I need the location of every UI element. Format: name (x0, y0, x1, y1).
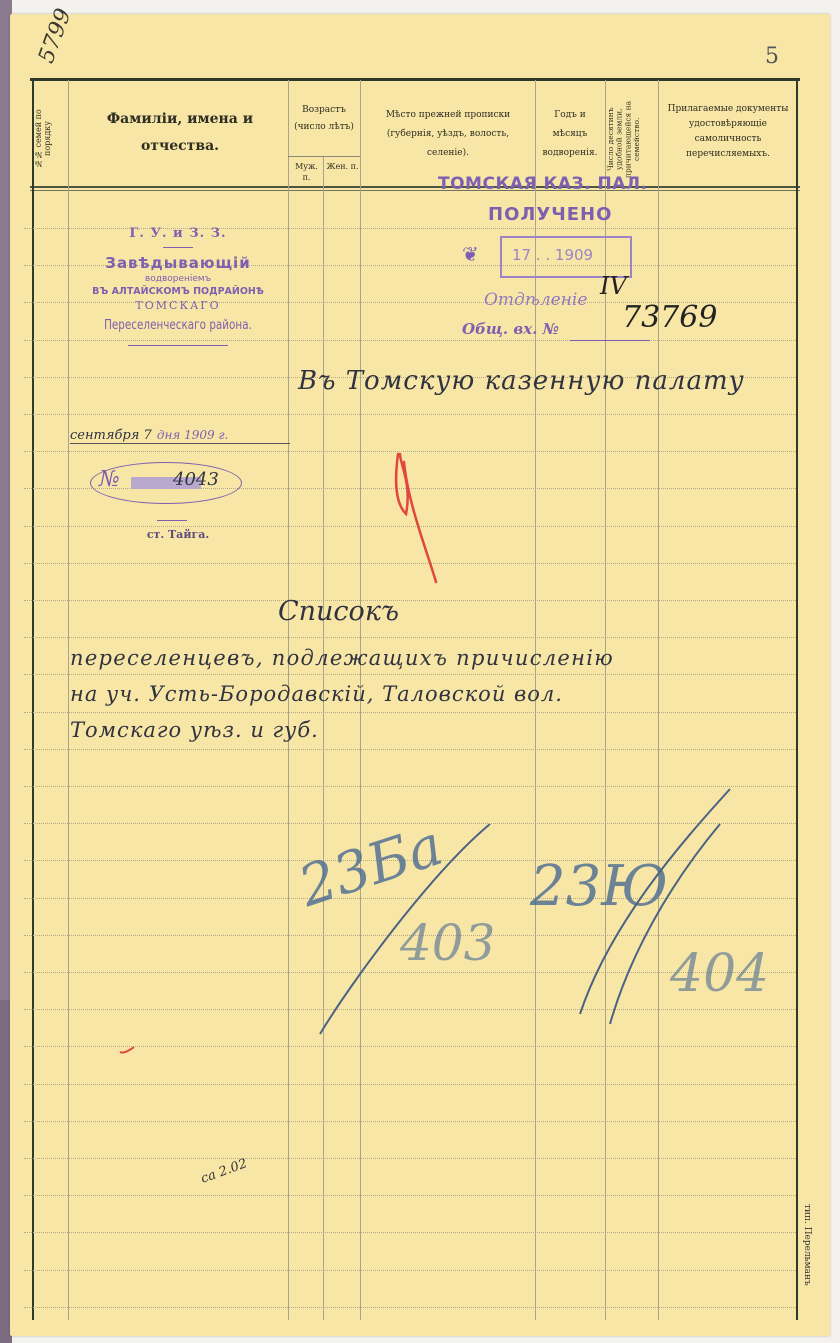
stamp-date-handwritten: сентября 7 (70, 428, 152, 443)
header-bottom-rule (30, 186, 800, 188)
stamp-date: сентября 7 дня 1909 г. (70, 424, 290, 444)
stamp-line-district: Переселенческаго района. (92, 318, 265, 333)
corner-file-mark: 5799 (34, 5, 77, 66)
received-date: 17 . . 1909 (512, 246, 593, 264)
page-number: 5 (765, 44, 779, 69)
header-prev-residence: Мѣсто прежней прописки (губернія, уѣздъ,… (368, 106, 528, 163)
received-department-label: Отдѣленіе (484, 290, 587, 310)
stamp-number-value: 4043 (173, 469, 219, 490)
received-stamp-org: ТОМСКАЯ КАЗ. ПАЛ. (438, 174, 647, 194)
row-guide-line (24, 1121, 796, 1122)
document-title: Списокъ (278, 596, 399, 627)
red-tick-mark (118, 1044, 138, 1056)
row-guide-line (24, 414, 796, 415)
header-age-female: Жен. п. (325, 162, 360, 173)
addressee-line: Въ Томскую казенную палату (298, 366, 745, 396)
row-guide-line (24, 1158, 796, 1159)
row-guide-line (24, 1307, 796, 1308)
ornament-icon: ❦ (462, 242, 479, 266)
header-age-male: Муж. п. (290, 162, 323, 184)
row-guide-line (24, 1084, 796, 1085)
stamp-line-head: Завѣдывающій (70, 254, 286, 272)
strike-left (310, 814, 510, 1044)
red-pencil-mark (378, 444, 448, 594)
received-incoming-label: Общ. вх. № (462, 320, 559, 338)
row-guide-line (24, 1046, 796, 1047)
row-guide-line (24, 749, 796, 750)
row-guide-line (24, 1270, 796, 1271)
header-year-month: Годъ и мѣсяцъ водворенія. (540, 106, 600, 163)
stamp-number-prefix: № (99, 467, 120, 492)
body-line-3: Томскаго уѣз. и губ. (70, 718, 319, 742)
bottom-pencil-note: са 2.02 (199, 1156, 249, 1187)
received-stamp-label: ПОЛУЧЕНО (488, 204, 612, 225)
row-guide-line (24, 1232, 796, 1233)
body-line-1: переселенцевъ, подлежащихъ причисленію (70, 646, 614, 670)
printer-mark: тип. Перельманъ (802, 1204, 812, 1286)
row-guide-line (24, 674, 796, 675)
document-page: 5 №№ семей по порядку Фамиліи, имена и о… (10, 14, 830, 1336)
received-department-value: IV (600, 272, 627, 300)
stamp-number-oval: № 4043 (90, 462, 242, 504)
header-documents: Прилагаемые документы удостовѣряющіе сам… (666, 102, 790, 161)
stamp-line-settlement: водвореніемъ (70, 274, 286, 284)
row-guide-line (24, 712, 796, 713)
body-line-2: на уч. Усть-Бородавскій, Таловской вол. (70, 682, 563, 706)
header-family-number: №№ семей по порядку (34, 94, 66, 184)
stamp-line-gu: Г. У. и З. З. (70, 226, 286, 241)
row-guide-line (24, 637, 796, 638)
header-age: Возрастъ (число лѣтъ) (290, 102, 358, 136)
row-guide-line (24, 600, 796, 601)
sender-stamp: Г. У. и З. З. Завѣдывающій водвореніемъ … (70, 226, 286, 346)
stamp-line-tomsk: Томскаго (70, 299, 286, 312)
received-incoming-value: 73769 (622, 300, 717, 335)
stamp-date-suffix: дня 1909 г. (157, 428, 229, 442)
table-top-rule (30, 78, 800, 81)
header-names: Фамиліи, имена и отчества. (90, 106, 270, 159)
row-guide-line (24, 1195, 796, 1196)
strike-right (570, 784, 740, 1034)
table-right-border (796, 80, 798, 1320)
stamp-station: ст. Тайга. (70, 528, 286, 541)
header-land-desyatins: Число десятинъ удобной земли, причитающе… (607, 94, 657, 184)
stamp-line-altai: въ Алтайскомъ подрайонѣ (70, 286, 286, 297)
